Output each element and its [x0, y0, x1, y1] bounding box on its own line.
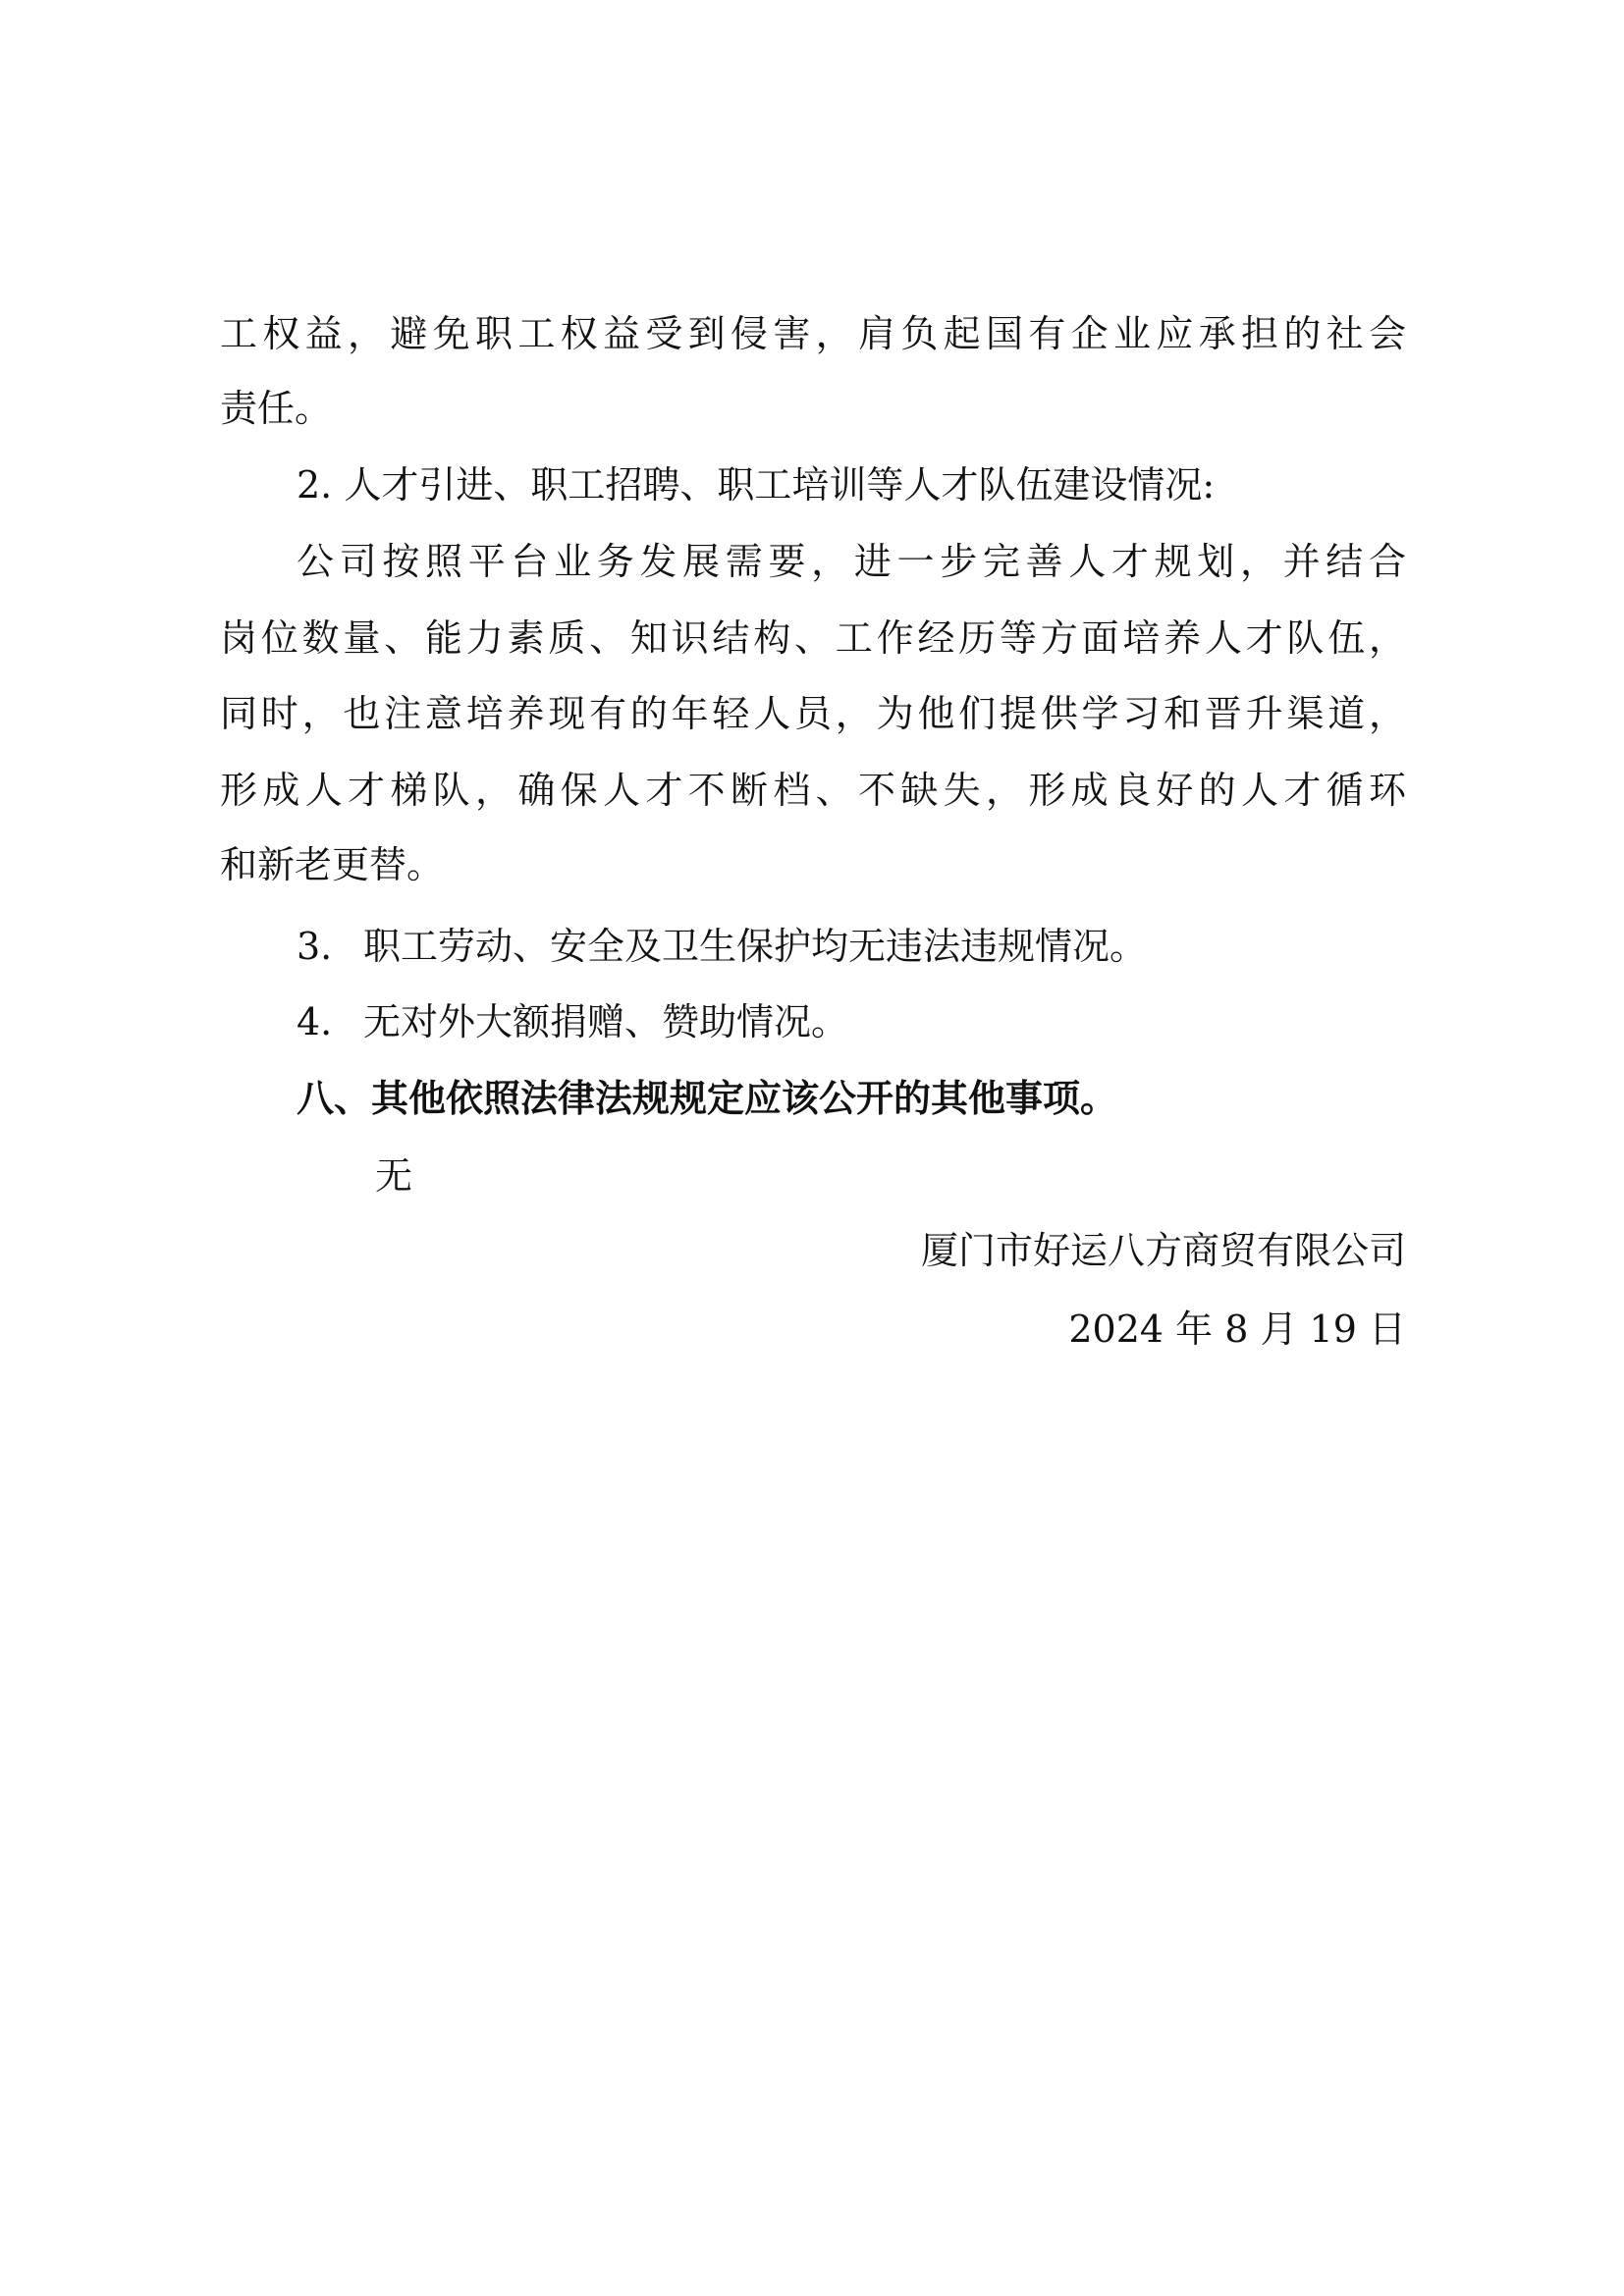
- paragraph-line: 和新老更替。: [220, 843, 444, 886]
- paragraph-line: 岗位数量、能力素质、知识结构、工作经历等方面培养人才队伍，: [220, 616, 1406, 660]
- signature-company: 厦门市好运八方商贸有限公司: [921, 1229, 1406, 1272]
- item-2-heading: 2. 人才引进、职工招聘、职工培训等人才队伍建设情况:: [297, 463, 1215, 507]
- paragraph-line: 责任。: [220, 387, 332, 430]
- item-text: 无对外大额捐赠、赞助情况。: [363, 1000, 848, 1043]
- item-number: 4.: [297, 1000, 363, 1043]
- section-8-heading: 八、其他依照法律法规规定应该公开的其他事项。: [297, 1077, 1117, 1120]
- paragraph-line: 形成人才梯队，确保人才不断档、不缺失，形成良好的人才循环: [220, 769, 1406, 812]
- paragraph-line: 工权益，避免职工权益受到侵害，肩负起国有企业应承担的社会: [220, 312, 1406, 355]
- paragraph-line: 公司按照平台业务发展需要，进一步完善人才规划，并结合: [297, 540, 1406, 583]
- signature-date: 2024 年 8 月 19 日: [1068, 1308, 1406, 1351]
- document-page: 工权益，避免职工权益受到侵害，肩负起国有企业应承担的社会 责任。 2. 人才引进…: [0, 0, 1624, 2296]
- item-3: 3.职工劳动、安全及卫生保护均无违法违规情况。: [297, 925, 1147, 968]
- item-number: 3.: [297, 925, 363, 968]
- section-8-body: 无: [375, 1154, 412, 1198]
- paragraph-line: 同时，也注意培养现有的年轻人员，为他们提供学习和晋升渠道，: [220, 692, 1406, 735]
- item-4: 4.无对外大额捐赠、赞助情况。: [297, 1000, 848, 1043]
- item-text: 职工劳动、安全及卫生保护均无违法违规情况。: [363, 925, 1147, 968]
